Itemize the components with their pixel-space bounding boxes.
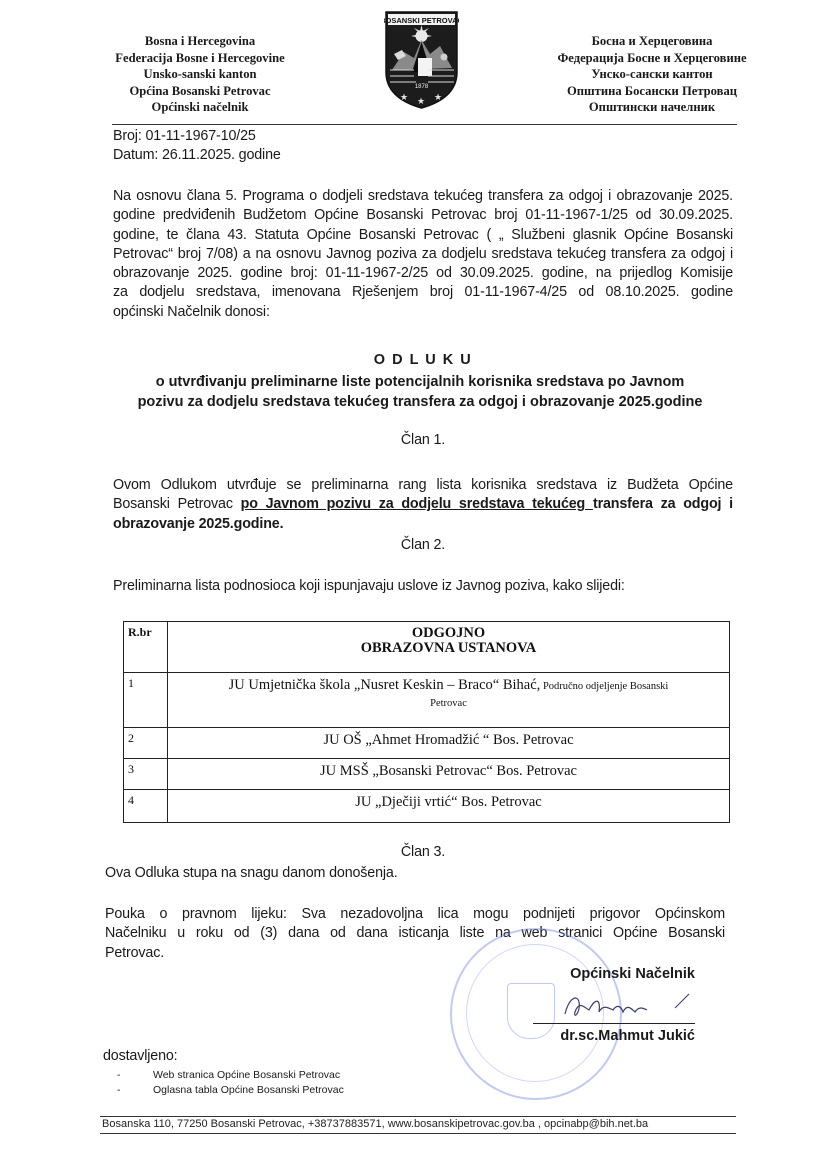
delivered-label: dostavljeno: (103, 1047, 178, 1066)
article-1-bold: transfera za odgoj i (593, 496, 733, 512)
preamble-line: Petrovac“ broj 7/08) a na osnovu Javnog … (113, 245, 733, 264)
article-1-line: Ovom Odlukom utvrđuje se preliminarna ra… (113, 476, 733, 495)
preamble-line: obrazovanje 2025. godine broj: 01-11-196… (113, 264, 733, 283)
article-2-heading: Član 2. (113, 536, 733, 555)
table-row: 3 JU MSŠ „Bosanski Petrovac“ Bos. Petrov… (124, 759, 730, 790)
article-1-line: obrazovanje 2025.godine. (113, 515, 733, 534)
table-header-line: ODGOJNO (174, 626, 723, 641)
table-row: 1 JU Umjetnička škola „Nusret Keskin – B… (124, 673, 730, 728)
preamble: Na osnovu člana 5. Programa o dodjeli sr… (113, 187, 733, 322)
header-office-cyr: Општински начелник (548, 99, 756, 116)
row-number: 1 (124, 673, 168, 728)
footer-contact: Bosanska 110, 77250 Bosanski Petrovac, +… (102, 1118, 648, 1130)
header-office: Općinski načelnik (100, 99, 300, 116)
legal-remedy-line: Petrovac. (105, 944, 725, 963)
preamble-line: za dodjelu sredstava, imenovana Rješenje… (113, 283, 733, 302)
article-1-heading: Član 1. (113, 431, 733, 450)
legal-remedy-line: Pouka o pravnom lijeku: Sva nezadovoljna… (105, 905, 725, 924)
row-institution: JU MSŠ „Bosanski Petrovac“ Bos. Petrovac (168, 759, 730, 790)
table-header-institution: ODGOJNO OBRAZOVNA USTANOVA (168, 622, 730, 673)
delivered-item: -Oglasna tabla Općine Bosanski Petrovac (117, 1083, 344, 1098)
handwritten-signature (555, 990, 695, 1024)
preamble-line: Na osnovu člana 5. Programa o dodjeli sr… (113, 187, 733, 206)
legal-remedy-line: Načelniku u roku od (3) dana od dana ist… (105, 924, 725, 943)
header-divider (112, 124, 737, 125)
delivered-item: -Web stranica Općine Bosanski Petrovac (117, 1068, 344, 1083)
header-country-cyr: Босна и Херцеговина (548, 33, 756, 50)
row-institution: JU „Dječiji vrtić“ Bos. Petrovac (168, 790, 730, 823)
svg-text:BOSANSKI PETROVAC: BOSANSKI PETROVAC (384, 16, 459, 25)
row-number: 3 (124, 759, 168, 790)
table-header-number: R.br (124, 622, 168, 673)
svg-text:★: ★ (434, 92, 442, 102)
institution-name: JU Umjetnička škola „Nusret Keskin – Bra… (229, 677, 541, 693)
footer-bottom-divider (100, 1133, 736, 1134)
header-federation: Federacija Bosne i Hercegovine (100, 50, 300, 67)
article-2-intro: Preliminarna lista podnosioca koji ispun… (113, 577, 733, 596)
header-left-latin: Bosna i Hercegovina Federacija Bosne i H… (100, 33, 300, 116)
decision-subtitle-line: o utvrđivanju preliminarne liste potenci… (100, 372, 740, 392)
delivered-list: -Web stranica Općine Bosanski Petrovac -… (117, 1068, 344, 1098)
document-date: Datum: 26.11.2025. godine (113, 146, 281, 165)
table-row: 2 JU OŠ „Ahmet Hromadžić “ Bos. Petrovac (124, 728, 730, 759)
row-number: 2 (124, 728, 168, 759)
institution-note: Područno odjeljenje Bosanski (540, 681, 668, 692)
header-municipality: Općina Bosanski Petrovac (100, 83, 300, 100)
table-row: 4 JU „Dječiji vrtić“ Bos. Petrovac (124, 790, 730, 823)
signatory-name: dr.sc.Mahmut Jukić (545, 1028, 695, 1044)
header-canton-cyr: Унско-сански кантон (548, 66, 756, 83)
article-1-plain: Bosanski Petrovac (113, 496, 241, 512)
row-institution: JU Umjetnička škola „Nusret Keskin – Bra… (168, 673, 730, 728)
signature-line (533, 1023, 695, 1024)
header-right-cyrillic: Босна и Херцеговина Федерација Босне и Х… (548, 33, 756, 116)
table-header-line: OBRAZOVNA USTANOVA (174, 641, 723, 656)
article-1-underlined: po Javnom pozivu za dodjelu sredstava te… (241, 496, 593, 512)
article-1-body: Ovom Odlukom utvrđuje se preliminarna ra… (113, 476, 733, 534)
legal-remedy: Pouka o pravnom lijeku: Sva nezadovoljna… (105, 905, 725, 963)
table-header-row: R.br ODGOJNO OBRAZOVNA USTANOVA (124, 622, 730, 673)
beneficiaries-table: R.br ODGOJNO OBRAZOVNA USTANOVA 1 JU Umj… (123, 621, 730, 823)
municipality-crest-logo: BOSANSKI PETROVAC 1878 ★ ★ ★ (384, 10, 459, 110)
decision-subtitle: o utvrđivanju preliminarne liste potenci… (100, 372, 740, 412)
header-municipality-cyr: Општина Босански Петровац (548, 83, 756, 100)
header-federation-cyr: Федерација Босне и Херцеговине (548, 50, 756, 67)
preamble-line: godine, te člana 43. Statuta Općine Bosa… (113, 226, 733, 245)
preamble-line: općinski Načelnik donosi: (113, 303, 733, 322)
svg-text:★: ★ (400, 92, 408, 102)
institution-note: Petrovac (174, 695, 723, 712)
signature-title: Općinski Načelnik (545, 966, 695, 982)
header-country: Bosna i Hercegovina (100, 33, 300, 50)
article-1-line: Bosanski Petrovac po Javnom pozivu za do… (113, 495, 733, 514)
row-number: 4 (124, 790, 168, 823)
article-3-text: Ova Odluka stupa na snagu danom donošenj… (105, 864, 398, 883)
document-number: Broj: 01-11-1967-10/25 (113, 127, 256, 146)
svg-text:1878: 1878 (415, 84, 429, 90)
article-3-heading: Član 3. (113, 843, 733, 862)
header-canton: Unsko-sanski kanton (100, 66, 300, 83)
preamble-line: godine predviđenih Budžetom Općine Bosan… (113, 206, 733, 225)
svg-text:★: ★ (417, 96, 425, 106)
decision-subtitle-line: pozivu za dodjelu sredstava tekućeg tran… (100, 392, 740, 412)
decision-title: O D L U K U (113, 352, 733, 368)
row-institution: JU OŠ „Ahmet Hromadžić “ Bos. Petrovac (168, 728, 730, 759)
